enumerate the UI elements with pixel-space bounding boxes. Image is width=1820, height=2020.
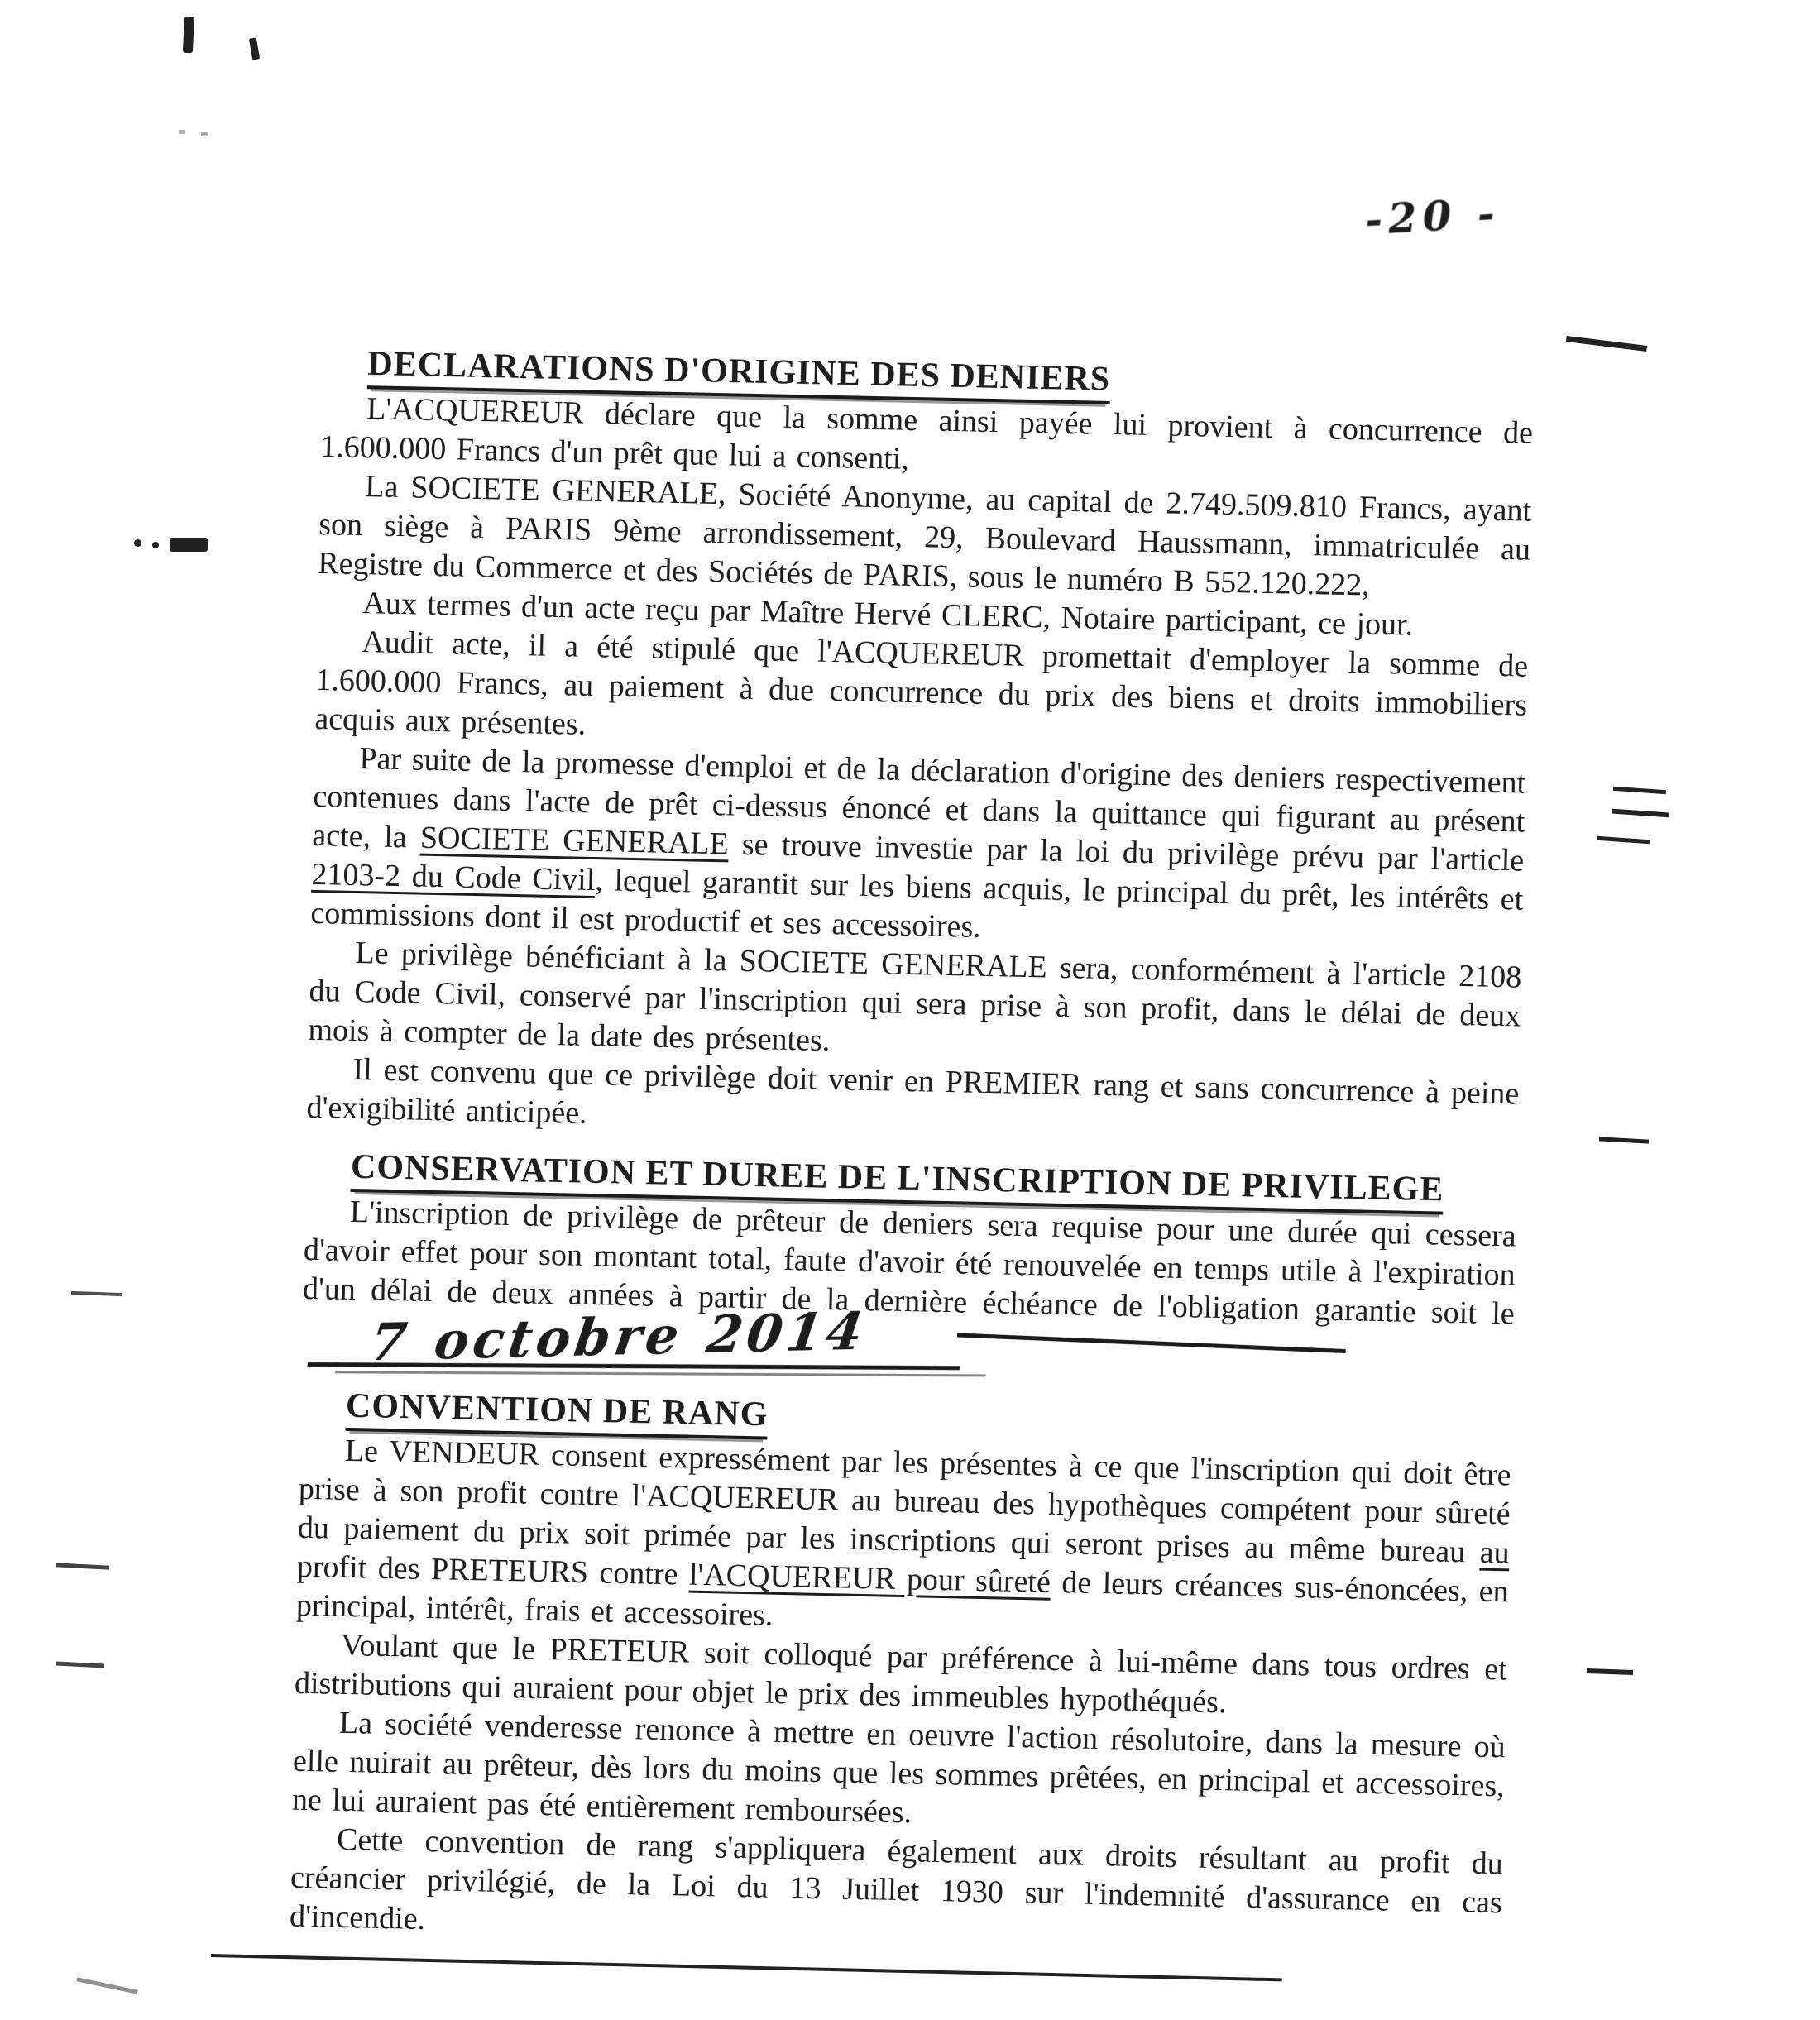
section-title-text: CONVENTION DE RANG: [345, 1387, 768, 1440]
scan-mark-right-line: [1599, 1137, 1649, 1143]
scan-mark-bottom-left: [76, 1977, 137, 1994]
section-declarations-origine-deniers: DECLARATIONS D'ORIGINE DES DENIERS L'ACQ…: [306, 341, 1535, 1152]
underlined-text: l'ACQUEREUR pour sûreté: [689, 1557, 1051, 1599]
scan-mark-right-line: [1587, 1668, 1633, 1675]
scan-mark-left-dot: [152, 542, 159, 548]
scan-mark-top-dot: [179, 130, 185, 134]
scan-mark-top-left-bar: [183, 17, 194, 54]
underlined-text: SOCIETE GENERALE: [419, 821, 729, 862]
page-number: -20 -: [1364, 189, 1501, 244]
scan-mark-bottom-rule: [211, 1954, 1282, 1981]
underlined-text: au: [1479, 1534, 1510, 1570]
scan-mark-right-line: [1612, 809, 1669, 818]
scan-mark-left-dash: [56, 1563, 109, 1569]
handwritten-rule: [957, 1333, 1346, 1353]
scan-mark-right-line: [1566, 336, 1647, 352]
paragraph-text: Le VENDEUR consent expressément par les …: [298, 1434, 1512, 1570]
scan-mark-right-line: [1613, 787, 1666, 794]
scan-mark-top-left-tick: [249, 37, 260, 60]
handwritten-date: 7 octobre 2014: [322, 1309, 869, 1367]
scan-mark-top-dot: [201, 132, 208, 136]
section-convention-de-rang: CONVENTION DE RANG Le VENDEUR consent ex…: [290, 1383, 1513, 1962]
paragraph: L'inscription de privilège de prêteur de…: [301, 1192, 1516, 1380]
paragraph-text: profit des PRETEURS contre: [297, 1549, 690, 1592]
scan-mark-left-dot: [134, 539, 141, 547]
scan-mark-right-line: [1597, 836, 1650, 844]
paragraph: Cette convention de rang s'appliquera ég…: [290, 1819, 1504, 1961]
section-conservation-inscription: CONSERVATION ET DUREE DE L'INSCRIPTION D…: [301, 1144, 1517, 1380]
document-body: DECLARATIONS D'ORIGINE DES DENIERS L'ACQ…: [290, 341, 1535, 1961]
underlined-text: 2103-2 du Code Civil: [311, 857, 596, 898]
scanned-page: -20 - DECLARATIONS D'ORIGINE DES DENIERS…: [0, 0, 1820, 2020]
scan-mark-left-dash: [71, 1291, 122, 1296]
scan-mark-left-dash: [170, 538, 208, 552]
paragraph: Le VENDEUR consent expressément par les …: [295, 1431, 1511, 1651]
scan-mark-left-dash: [56, 1661, 104, 1668]
paragraph: Par suite de la promesse d'emploi et de …: [310, 739, 1526, 959]
